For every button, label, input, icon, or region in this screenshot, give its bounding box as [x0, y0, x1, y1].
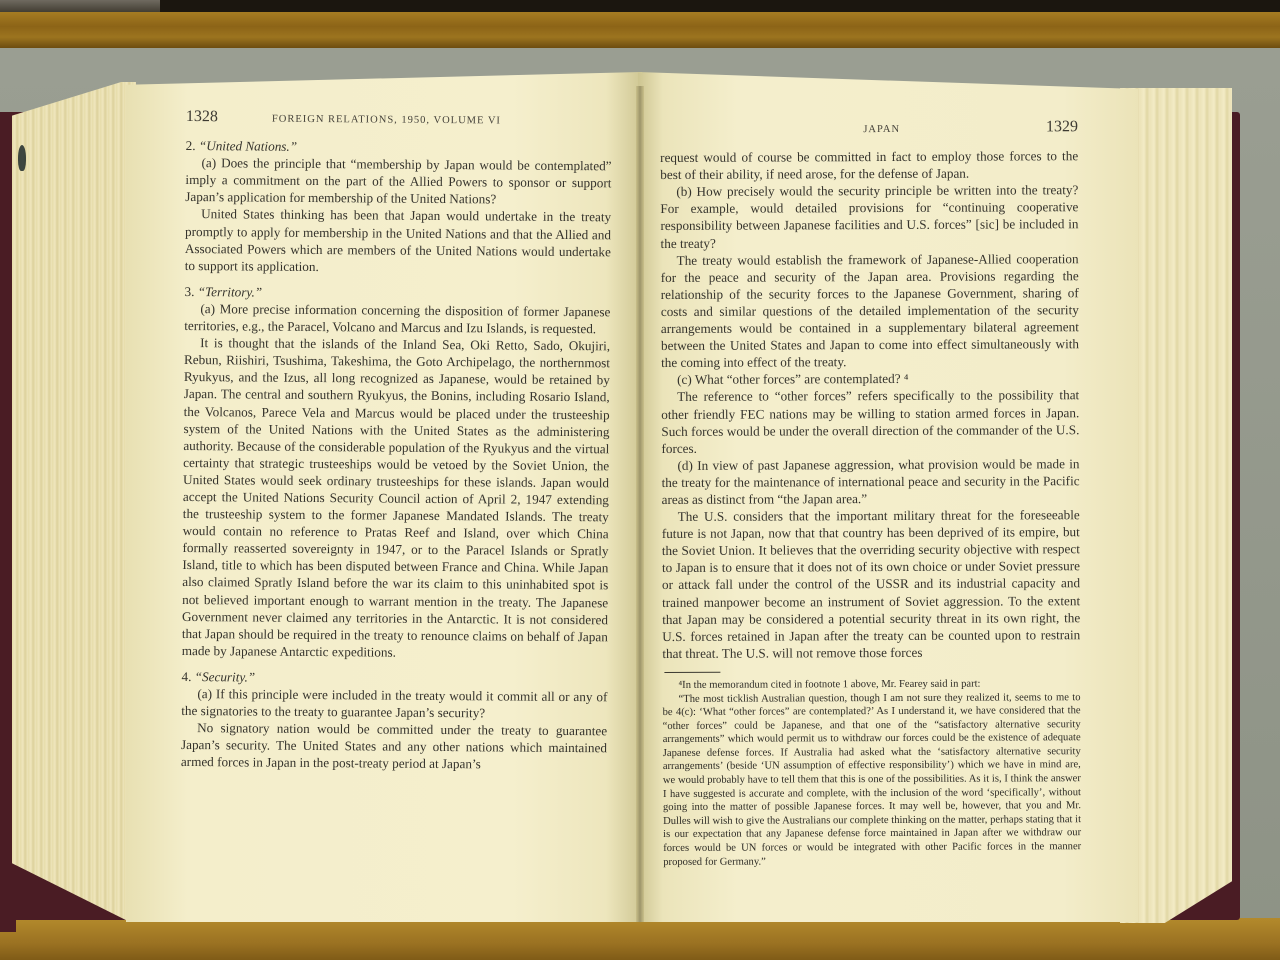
running-title: FOREIGN RELATIONS, 1950, VOLUME VI	[272, 111, 501, 130]
paragraph: No signatory nation would be committed u…	[181, 719, 607, 774]
wooden-table-surface	[0, 918, 1280, 960]
paragraph: (d) In view of past Japanese aggression,…	[661, 455, 1079, 508]
paragraph: United States thinking has been that Jap…	[185, 205, 612, 277]
paragraph: The treaty would establish the framework…	[661, 250, 1080, 371]
page-stack-left	[12, 82, 136, 922]
paragraph: The U.S. considers that the important mi…	[662, 506, 1081, 662]
right-page-text: JAPAN 1329 request would of course be co…	[660, 118, 1081, 869]
footnote-divider	[664, 672, 720, 673]
paragraph: It is thought that the islands of the In…	[182, 334, 611, 662]
footnote: ⁴In the memorandum cited in footnote 1 a…	[662, 677, 1081, 869]
running-title: JAPAN	[863, 121, 900, 138]
ink-stain	[18, 145, 26, 171]
footnote-line: “The most ticklish Australian question, …	[662, 691, 1081, 870]
paragraph: (b) How precisely would the security pri…	[660, 181, 1078, 251]
left-running-head: 1328 FOREIGN RELATIONS, 1950, VOLUME VI	[186, 108, 612, 130]
paragraph: (a) Does the principle that “membership …	[185, 154, 611, 209]
wooden-shelf-top	[0, 12, 1280, 50]
page-number: 1328	[186, 108, 218, 125]
left-page-text: 1328 FOREIGN RELATIONS, 1950, VOLUME VI …	[181, 108, 612, 774]
paragraph: (c) What “other forces” are contemplated…	[661, 369, 1079, 388]
page-number: 1329	[1046, 118, 1078, 135]
paragraph: The reference to “other forces” refers s…	[661, 387, 1079, 457]
paragraph: request would of course be committed in …	[660, 147, 1078, 183]
right-running-head: JAPAN 1329	[660, 118, 1078, 139]
paragraph: (a) If this principle were included in t…	[181, 685, 607, 723]
book-gutter	[636, 86, 644, 922]
paragraph: (a) More precise information concerning …	[184, 300, 610, 338]
